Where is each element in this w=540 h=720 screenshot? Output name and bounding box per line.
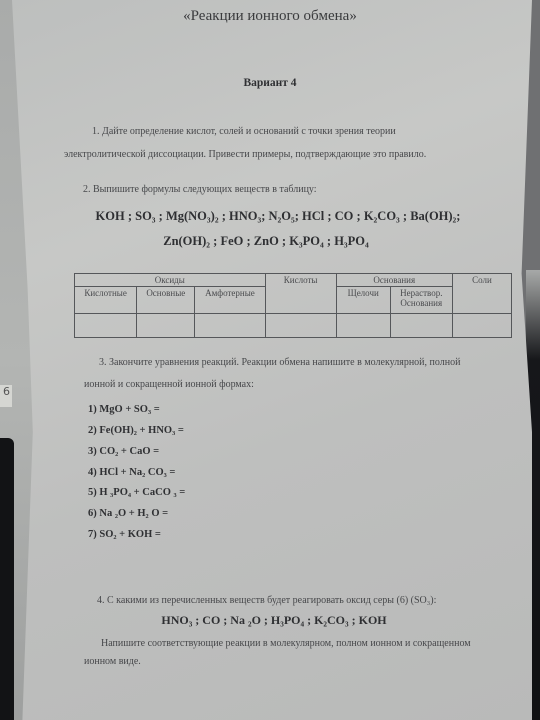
task3-line1: 3. Закончите уравнения реакций. Реакции … [99, 357, 460, 368]
subheader-acidic-oxides: Кислотные [75, 287, 137, 314]
task4-line1: Напишите соответствующие реакции в молек… [101, 638, 471, 649]
document-title: «Реакции ионного обмена» [0, 8, 540, 25]
task4-prompt: 4. С какими из перечисленных веществ буд… [97, 595, 436, 606]
equation-2: 2) Fe(OH)₂ + HNO₃ = [88, 425, 184, 436]
task1-line2: электролитической диссоциации. Привести … [64, 149, 426, 160]
cell-alkalis[interactable] [336, 314, 390, 338]
equation-4: 4) HCl + Na₂ CO₃ = [88, 467, 175, 478]
cell-salts[interactable] [452, 314, 511, 338]
subheader-alkalis: Щелочи [336, 287, 390, 314]
equation-1: 1) MgO + SO₃ = [88, 404, 160, 415]
header-oxides: Оксиды [75, 274, 266, 287]
subheader-amphoteric-oxides: Амфотерные [195, 287, 265, 314]
variant-heading: Вариант 4 [0, 77, 540, 89]
task3-line2: ионной и сокращенной ионной формах: [84, 379, 254, 390]
task4-substances: HNO₃ ; CO ; Na ₂O ; H₃PO₄ ; K₂CO₃ ; KOH [4, 613, 540, 628]
equation-5: 5) H ₃PO₄ + CaCO ₃ = [88, 487, 185, 498]
insoluble-line1: Нераствор. [400, 288, 442, 298]
header-salts: Соли [452, 274, 511, 314]
insoluble-line2: Основания [400, 298, 442, 308]
header-bases: Основания [336, 274, 452, 287]
equation-3: 3) CO₂ + CaO = [88, 446, 159, 457]
subheader-insoluble-bases: Нераствор. Основания [390, 287, 452, 314]
subheader-basic-oxides: Основные [137, 287, 195, 314]
equation-7: 7) SO₂ + KOH = [88, 529, 161, 540]
cell-acids[interactable] [265, 314, 336, 338]
worksheet: «Реакции ионного обмена» Вариант 4 1. Да… [0, 0, 540, 720]
classification-table: Оксиды Кислоты Основания Соли Кислотные … [74, 273, 512, 338]
cell-basic-oxides[interactable] [137, 314, 195, 338]
cell-acidic-oxides[interactable] [75, 314, 137, 338]
task2-prompt: 2. Выпишите формулы следующих веществ в … [83, 184, 317, 195]
task4-line2: ионном виде. [84, 656, 141, 667]
cell-amphoteric-oxides[interactable] [195, 314, 265, 338]
cell-insoluble-bases[interactable] [390, 314, 452, 338]
task2-formulas-line1: KOH ; SO₃ ; Mg(NO₃)₂ ; HNO₃; N₂O₅; HCl ;… [8, 209, 540, 224]
task2-formulas-line2: Zn(OH)₂ ; FeO ; ZnO ; K₃PO₄ ; H₃PO₄ [0, 234, 536, 249]
equation-6: 6) Na ₂O + H₂ O = [88, 508, 168, 519]
header-acids: Кислоты [265, 274, 336, 314]
task1-line1: 1. Дайте определение кислот, солей и осн… [92, 126, 396, 137]
